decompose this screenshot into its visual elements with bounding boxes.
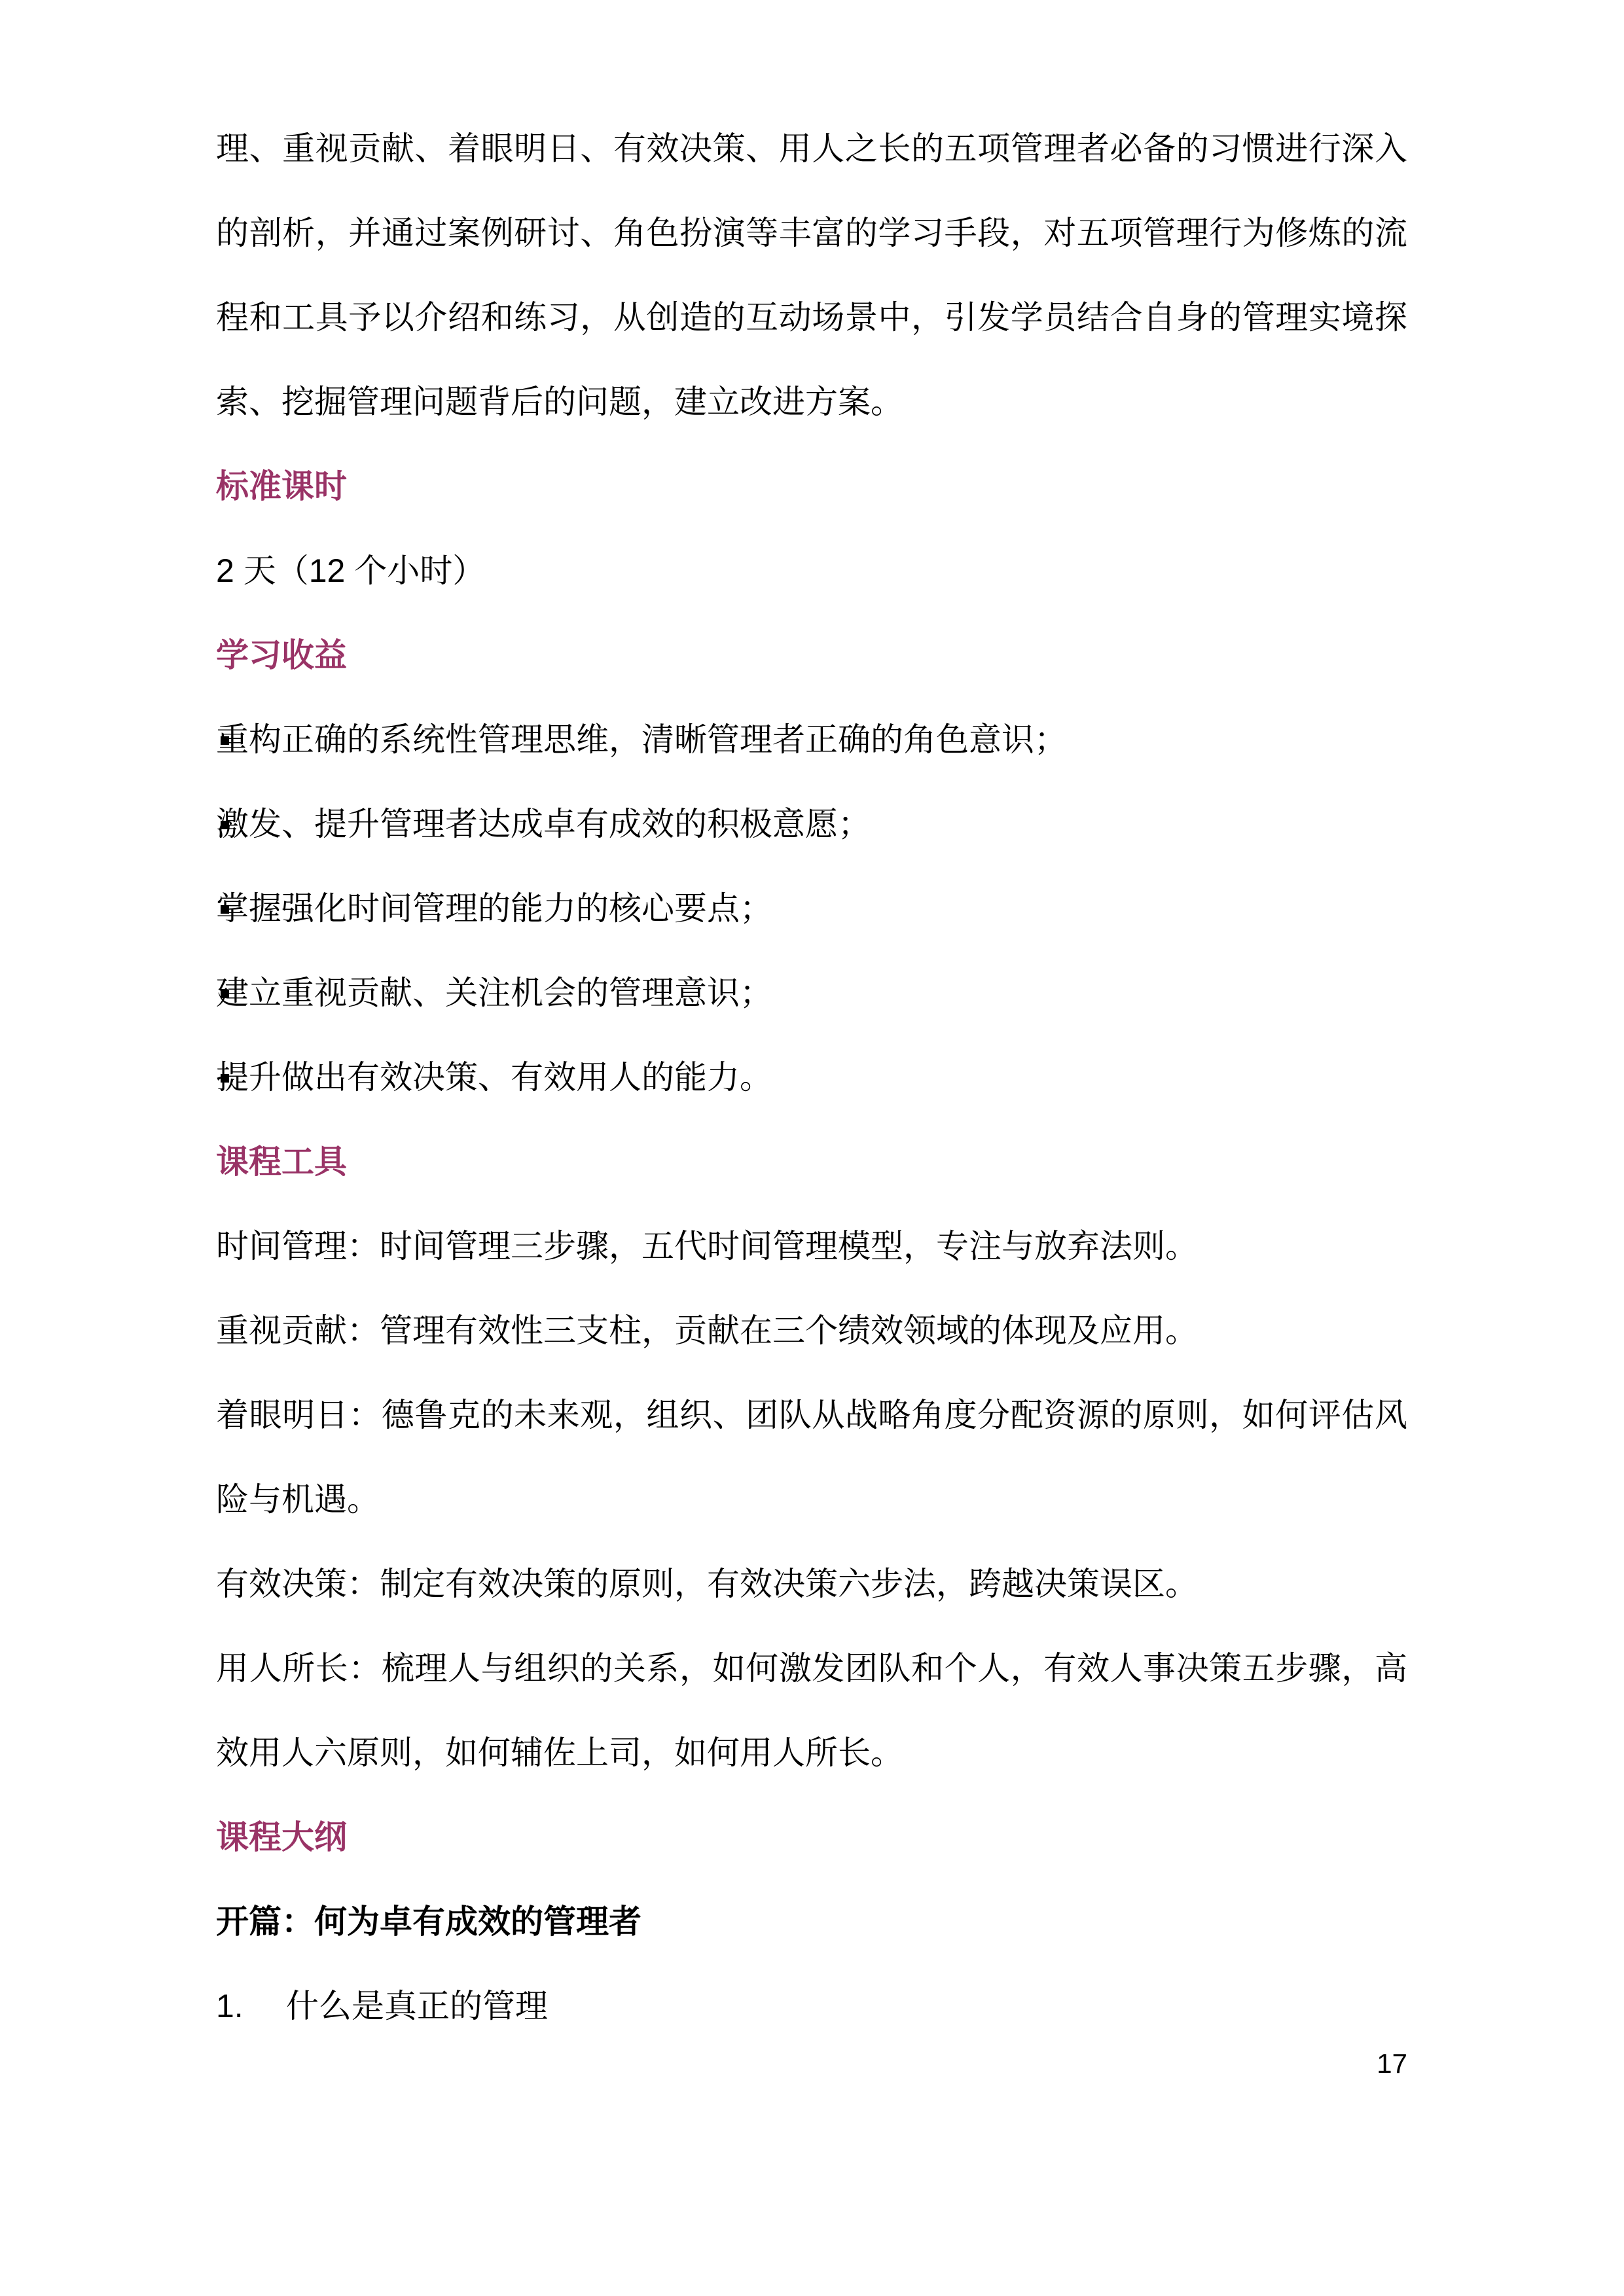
benefit-item: 掌握强化时间管理的能力的核心要点； (216, 867, 1407, 951)
tool-item-time-management: 时间管理：时间管理三步骤，五代时间管理模型，专注与放弃法则。 (216, 1204, 1407, 1289)
benefit-item-text: 建立重视贡献、关注机会的管理意识； (216, 975, 772, 1011)
bullet-icon (221, 990, 229, 998)
heading-duration: 标准课时 (216, 444, 1407, 529)
benefit-item: 激发、提升管理者达成卓有成效的积极意愿； (216, 782, 1407, 867)
heading-outline: 课程大纲 (216, 1795, 1407, 1880)
bullet-icon (221, 905, 229, 914)
tool-item-contribution: 重视贡献：管理有效性三支柱，贡献在三个绩效领域的体现及应用。 (216, 1289, 1407, 1373)
bullet-icon (221, 736, 229, 745)
page-number: 17 (1377, 2047, 1407, 2080)
benefit-item-text: 掌握强化时间管理的能力的核心要点； (216, 890, 772, 927)
heading-tools: 课程工具 (216, 1120, 1407, 1204)
intro-paragraph: 理、重视贡献、着眼明日、有效决策、用人之长的五项管理者必备的习惯进行深入的剖析，… (216, 107, 1407, 444)
page-content: 理、重视贡献、着眼明日、有效决策、用人之长的五项管理者必备的习惯进行深入的剖析，… (216, 107, 1407, 2049)
benefit-item: 提升做出有效决策、有效用人的能力。 (216, 1035, 1407, 1120)
document-page: 理、重视贡献、着眼明日、有效决策、用人之长的五项管理者必备的习惯进行深入的剖析，… (0, 0, 1624, 2296)
tool-item-decision: 有效决策：制定有效决策的原则，有效决策六步法，跨越决策误区。 (216, 1542, 1407, 1626)
outline-item-text: 什么是真正的管理 (286, 1964, 1407, 2049)
tool-item-tomorrow: 着眼明日：德鲁克的未来观，组织、团队从战略角度分配资源的原则，如何评估风险与机遇… (216, 1373, 1407, 1542)
outline-item: 1. 什么是真正的管理 (216, 1964, 1407, 2049)
outline-opening: 开篇：何为卓有成效的管理者 (216, 1880, 1407, 1964)
benefit-item: 重构正确的系统性管理思维，清晰管理者正确的角色意识； (216, 698, 1407, 782)
benefit-item-text: 重构正确的系统性管理思维，清晰管理者正确的角色意识； (216, 721, 1067, 758)
heading-benefits: 学习收益 (216, 613, 1407, 698)
benefit-item-text: 激发、提升管理者达成卓有成效的积极意愿； (216, 806, 871, 842)
bullet-icon (221, 821, 229, 829)
tool-item-staffing: 用人所长：梳理人与组织的关系，如何激发团队和个人，有效人事决策五步骤，高效用人六… (216, 1626, 1407, 1795)
outline-item-number: 1. (216, 1964, 286, 2049)
benefit-item: 建立重视贡献、关注机会的管理意识； (216, 951, 1407, 1035)
bullet-icon (221, 1074, 229, 1083)
duration-value: 2 天（12 个小时） (216, 529, 1407, 613)
benefit-item-text: 提升做出有效决策、有效用人的能力。 (216, 1059, 772, 1096)
